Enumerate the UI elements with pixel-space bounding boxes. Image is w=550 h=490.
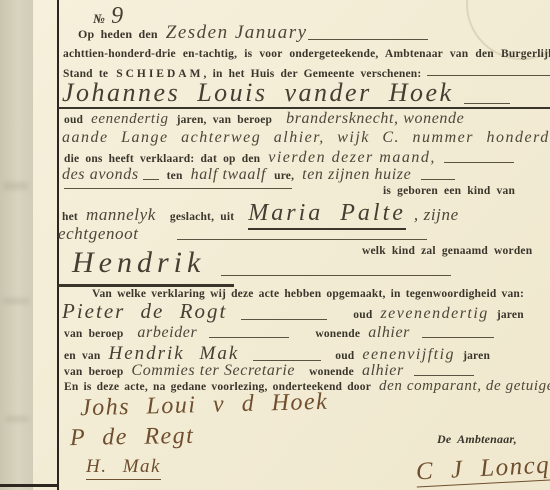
declaration-line: die ons heeft verklaard: dat op den vier… [64, 149, 514, 167]
declarant-name-line: Johannes Louis vander Hoek [62, 78, 510, 108]
witness2-age-suffix: jaren [463, 350, 490, 362]
printed-rule-thick [58, 284, 234, 287]
witness1-name: Pieter de Rogt [62, 299, 227, 324]
closing-signed-by: den comparant, de getuigen [379, 378, 550, 395]
signature-witness2: H. Mak [86, 456, 161, 480]
mother-suffix: , zijne [414, 205, 459, 225]
birth-place-value: ten zijnen huize [302, 166, 411, 184]
witness2-intro-label: en van [64, 350, 100, 362]
adjacent-page-border [0, 484, 58, 487]
rule-fill [177, 239, 427, 240]
date-prefix-label: Op heden den [78, 27, 158, 42]
age-value: eenendertig [91, 111, 168, 128]
witness1-residence: alhier [368, 324, 410, 342]
rule-fill [209, 337, 289, 338]
year-text: achttien-honderd-drie en-tachtig, is voo… [63, 48, 550, 60]
date-line: Op heden den Zesden January [78, 22, 428, 44]
witness1-occ-label: van beroep [64, 328, 123, 340]
time-value: half twaalf [191, 166, 267, 184]
child-name-line: Hendrik [72, 246, 451, 280]
witness2-age-label: oud [335, 350, 354, 362]
rule-fill [143, 179, 159, 180]
witness1-age-label: oud [353, 309, 372, 321]
born-label-line: is geboren een kind van [383, 185, 515, 197]
declarant-address-line: aande Lange achterweg alhier, wijk C. nu… [62, 129, 550, 147]
date-value: Zesden January [166, 22, 308, 44]
witness2-occ-label: van beroep [64, 366, 123, 378]
time-label-2: ure, [274, 170, 294, 182]
printed-rule [58, 107, 550, 109]
sex-suffix-label: geslacht, uit [170, 211, 234, 223]
form-border-line [57, 0, 59, 490]
birth-time-line: des avonds ten half twaalf ure, ten zijn… [62, 166, 455, 184]
signature-witness1: P de Regt [70, 423, 195, 452]
ink-bleedthrough [3, 298, 29, 304]
witness1-age: zevenendertig [380, 305, 488, 323]
time-of-day-value: des avonds [62, 166, 139, 184]
sex-value: mannelyk [86, 205, 156, 225]
declaration-label: die ons heeft verklaard: dat op den [64, 153, 260, 165]
born-fill-line [64, 188, 292, 193]
witness2-res-label: wonende [309, 366, 354, 378]
mother-relation-value: echtgenoot [58, 224, 139, 244]
sex-prefix-label: het [62, 211, 78, 223]
declarant-age-line: oud eenendertig jaren, van beroep brande… [64, 110, 464, 128]
witness1-occupation: arbeider [137, 324, 197, 342]
time-label-1: ten [167, 170, 183, 182]
rule-fill [241, 319, 327, 320]
age-label: oud [64, 114, 83, 126]
rule-fill [253, 360, 321, 361]
declarant-name: Johannes Louis vander Hoek [62, 78, 454, 108]
born-label: is geboren een kind van [383, 185, 515, 197]
year-line: achttien-honderd-drie en-tachtig, is voo… [63, 48, 550, 60]
rule-fill [421, 179, 455, 180]
mother-relation-line: echtgenoot [58, 224, 427, 244]
witness1-res-label: wonende [315, 328, 360, 340]
rule-fill [444, 162, 514, 163]
rule-fill [414, 375, 474, 376]
book-binding-margin [0, 0, 33, 490]
witness1-line2: van beroep arbeider wonende alhier [64, 324, 494, 342]
ink-bleedthrough [4, 182, 28, 190]
rule-fill [422, 337, 494, 338]
witness1-line1: Pieter de Rogt oud zevenendertig jaren [62, 299, 524, 324]
occupation-value: brandersknecht, wonende [286, 110, 464, 128]
rule-fill [464, 103, 510, 104]
child-name: Hendrik [72, 246, 205, 280]
official-label: De Ambtenaar, [437, 432, 517, 447]
address-value: aande Lange achterweg alhier, wijk C. nu… [62, 129, 550, 147]
rule-fill [64, 188, 292, 189]
rule-fill [221, 275, 451, 276]
rule-fill [308, 39, 428, 40]
ink-bleedthrough [6, 416, 28, 422]
official-label-line: De Ambtenaar, [437, 432, 517, 447]
certificate-scan: № 9 Op heden den Zesden January achttien… [0, 0, 550, 490]
birth-day-value: vierden dezer maand, [268, 149, 436, 167]
witness1-age-suffix: jaren [497, 309, 524, 321]
occupation-label: jaren, van beroep [177, 114, 273, 126]
rule-fill [427, 75, 550, 76]
